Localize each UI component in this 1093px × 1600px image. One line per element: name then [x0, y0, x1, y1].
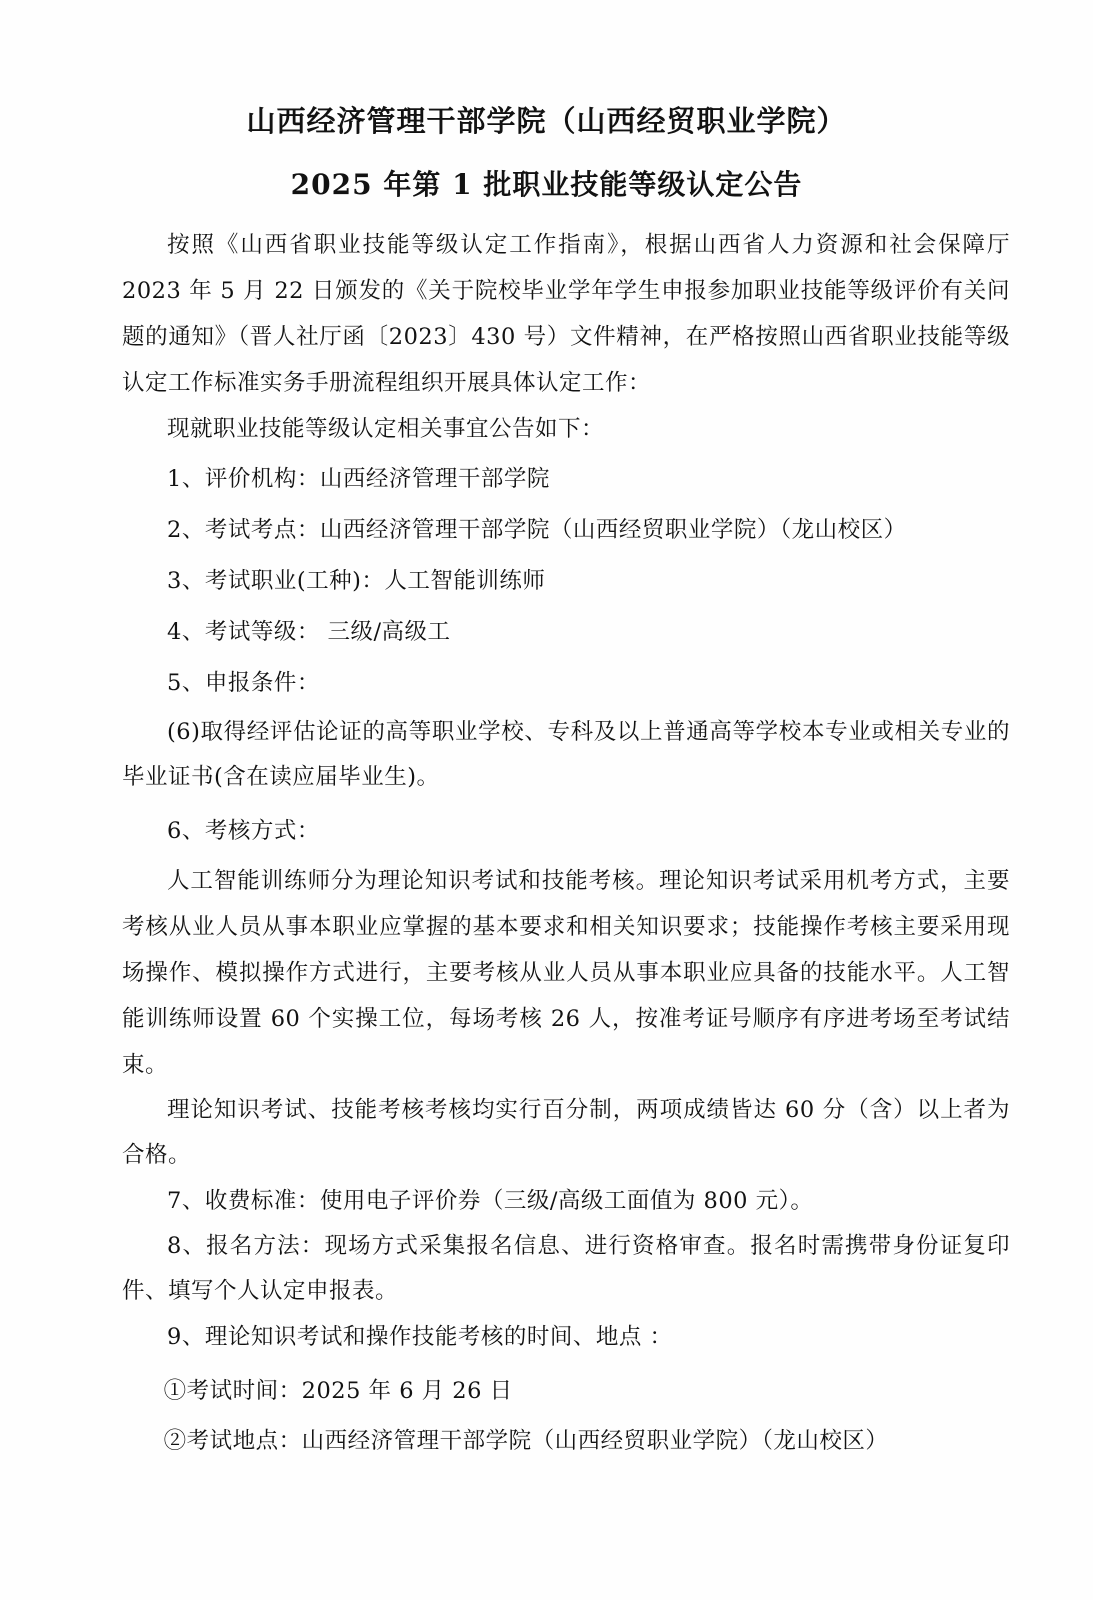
item-9-time-place: 9、理论知识考试和操作技能考核的时间、地点 ：	[122, 1314, 1010, 1360]
item-5-application-conditions: 5、申报条件：	[122, 660, 1010, 706]
item-1-evaluation-agency: 1、评价机构：山西经济管理干部学院	[122, 456, 1010, 502]
exam-place-line: ②考试地点：山西经济管理干部学院（山西经贸职业学院）（龙山校区）	[122, 1418, 1010, 1464]
item-8-registration-method: 8、报名方法：现场方式采集报名信息、进行资格审查。报名时需携带身份证复印件、填写…	[122, 1224, 1010, 1314]
item-7-fee-standard: 7、收费标准：使用电子评价券（三级/高级工面值为 800 元）。	[122, 1178, 1010, 1224]
lead-line: 现就职业技能等级认定相关事宜公告如下：	[122, 406, 1010, 452]
condition-6-paragraph: (6)取得经评估论证的高等职业学校、专科及以上普通高等学校本专业或相关专业的毕业…	[122, 710, 1010, 800]
document-subtitle: 2025 年第 1 批职业技能等级认定公告	[0, 164, 1093, 206]
grading-paragraph: 理论知识考试、技能考核考核均实行百分制，两项成绩皆达 60 分（含）以上者为合格…	[122, 1088, 1010, 1178]
item-2-exam-site: 2、考试考点：山西经济管理干部学院（山西经贸职业学院）（龙山校区）	[122, 507, 1010, 553]
scanned-announcement-page: 山西经济管理干部学院（山西经贸职业学院） 2025 年第 1 批职业技能等级认定…	[0, 0, 1093, 1600]
item-6-assessment-method: 6、考核方式：	[122, 808, 1010, 854]
item-3-exam-occupation: 3、考试职业(工种)：人工智能训练师	[122, 558, 1010, 604]
intro-paragraph: 按照《山西省职业技能等级认定工作指南》，根据山西省人力资源和社会保障厅 2023…	[122, 222, 1010, 406]
exam-time-line: ①考试时间：2025 年 6 月 26 日	[122, 1368, 1010, 1414]
assessment-method-paragraph: 人工智能训练师分为理论知识考试和技能考核。理论知识考试采用机考方式，主要考核从业…	[122, 858, 1010, 1088]
document-body: 按照《山西省职业技能等级认定工作指南》，根据山西省人力资源和社会保障厅 2023…	[122, 222, 1010, 1464]
item-4-exam-level: 4、考试等级： 三级/高级工	[122, 609, 1010, 655]
document-title: 山西经济管理干部学院（山西经贸职业学院）	[0, 0, 1093, 142]
